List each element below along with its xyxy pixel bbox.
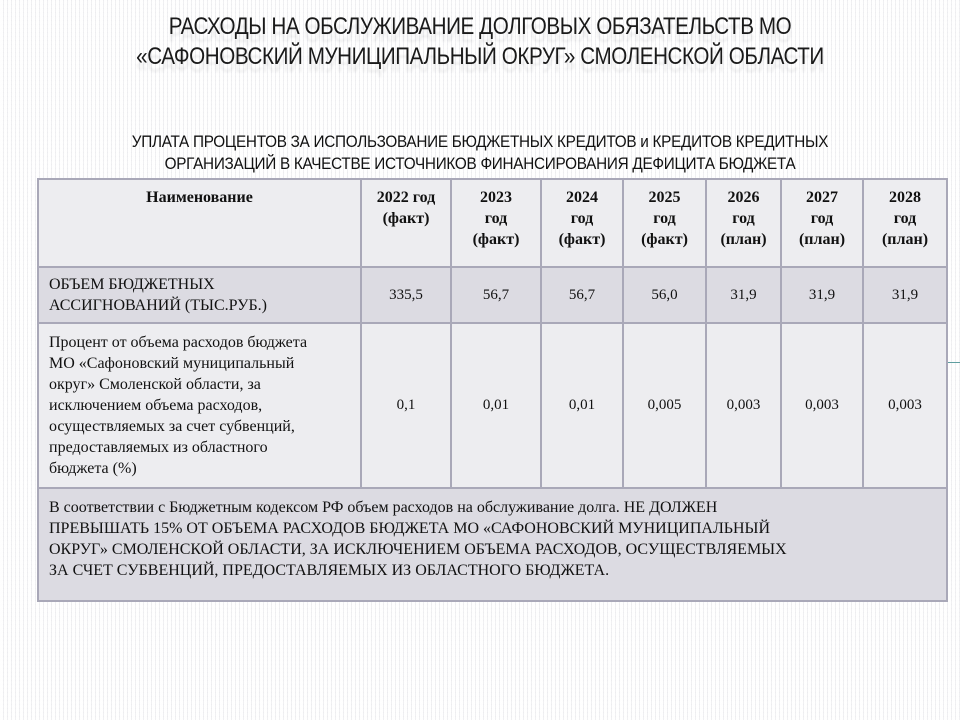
value-cell: 31,9: [706, 267, 781, 323]
row-label-line-2: МО «Сафоновский муниципальный: [49, 353, 354, 374]
column-header-line-2: год: [452, 208, 540, 229]
column-header-year: 2024год(факт): [541, 179, 623, 267]
row-label: Процент от объема расходов бюджетаМО «Са…: [38, 323, 361, 488]
row-label-line-4: исключением объема расходов,: [49, 395, 354, 416]
column-header-line-3: (факт): [452, 229, 540, 250]
column-header-line-1: 2024: [542, 187, 622, 208]
value-cell: 56,7: [541, 267, 623, 323]
column-header-year: 2027год(план): [781, 179, 863, 267]
row-label-line-2: АССИГНОВАНИЙ (ТЫС.РУБ.): [49, 295, 354, 316]
value-cell: 335,5: [361, 267, 451, 323]
column-header-line-2: год: [707, 208, 780, 229]
debt-service-table: Наименование2022 год(факт)2023год(факт)2…: [37, 178, 948, 602]
row-label-line-3: округ» Смоленской области, за: [49, 374, 354, 395]
column-header-line-3: (план): [707, 229, 780, 250]
value-cell: 31,9: [863, 267, 947, 323]
budget-code-note: В соответствии с Бюджетным кодексом РФ о…: [38, 488, 947, 601]
column-header-line-2: год: [624, 208, 705, 229]
column-header-line-1: 2027: [782, 187, 862, 208]
value-cell: 31,9: [781, 267, 863, 323]
table-row-appropriations: ОБЪЕМ БЮДЖЕТНЫХАССИГНОВАНИЙ (ТЫС.РУБ.)33…: [38, 267, 947, 323]
value-cell: 0,003: [863, 323, 947, 488]
slide-title-line-2: «САФОНОВСКИЙ МУНИЦИПАЛЬНЫЙ ОКРУГ» СМОЛЕН…: [67, 42, 893, 72]
column-header-line-3: (план): [782, 229, 862, 250]
value-cell: 56,0: [623, 267, 706, 323]
value-cell: 0,003: [706, 323, 781, 488]
column-header-line-3: (план): [864, 229, 946, 250]
row-label: ОБЪЕМ БЮДЖЕТНЫХАССИГНОВАНИЙ (ТЫС.РУБ.): [38, 267, 361, 323]
column-header-line-3: (факт): [624, 229, 705, 250]
column-header-line-2: год: [782, 208, 862, 229]
column-header-line-1: 2022 год: [362, 187, 450, 208]
value-cell: 0,01: [541, 323, 623, 488]
table-caption-line-2: ОРГАНИЗАЦИЙ В КАЧЕСТВЕ ИСТОЧНИКОВ ФИНАНС…: [48, 153, 912, 175]
note-line-3: ОКРУГ» СМОЛЕНСКОЙ ОБЛАСТИ, ЗА ИСКЛЮЧЕНИЕ…: [49, 539, 938, 560]
table-row-percent: Процент от объема расходов бюджетаМО «Са…: [38, 323, 947, 488]
column-header-line-3: (факт): [542, 229, 622, 250]
row-label-line-7: бюджета (%): [49, 458, 354, 479]
value-cell: 56,7: [451, 267, 541, 323]
value-cell: 0,003: [781, 323, 863, 488]
column-header-line-1: Наименование: [39, 187, 360, 208]
slide-title: РАСХОДЫ НА ОБСЛУЖИВАНИЕ ДОЛГОВЫХ ОБЯЗАТЕ…: [67, 12, 893, 72]
table-header-row: Наименование2022 год(факт)2023год(факт)2…: [38, 179, 947, 267]
row-label-line-1: ОБЪЕМ БЮДЖЕТНЫХ: [49, 274, 354, 295]
column-header-line-1: 2025: [624, 187, 705, 208]
column-header-name: Наименование: [38, 179, 361, 267]
row-label-line-5: осуществляемых за счет субвенций,: [49, 416, 354, 437]
column-header-line-2: (факт): [362, 208, 450, 229]
column-header-year: 2026год(план): [706, 179, 781, 267]
column-header-line-1: 2023: [452, 187, 540, 208]
value-cell: 0,005: [623, 323, 706, 488]
table-caption: УПЛАТА ПРОЦЕНТОВ ЗА ИСПОЛЬЗОВАНИЕ БЮДЖЕТ…: [48, 131, 912, 175]
table-note-row: В соответствии с Бюджетным кодексом РФ о…: [38, 488, 947, 601]
note-line-4: ЗА СЧЕТ СУБВЕНЦИЙ, ПРЕДОСТАВЛЯЕМЫХ ИЗ ОБ…: [49, 560, 938, 581]
column-header-year: 2025год(факт): [623, 179, 706, 267]
column-header-year: 2028год(план): [863, 179, 947, 267]
column-header-line-1: 2026: [707, 187, 780, 208]
column-header-line-2: год: [542, 208, 622, 229]
column-header-year: 2023год(факт): [451, 179, 541, 267]
table-caption-line-1: УПЛАТА ПРОЦЕНТОВ ЗА ИСПОЛЬЗОВАНИЕ БЮДЖЕТ…: [48, 131, 912, 153]
note-line-1: В соответствии с Бюджетным кодексом РФ о…: [49, 497, 938, 518]
value-cell: 0,01: [451, 323, 541, 488]
column-header-line-1: 2028: [864, 187, 946, 208]
row-label-line-6: предоставляемых из областного: [49, 437, 354, 458]
column-header-line-2: год: [864, 208, 946, 229]
note-line-2: ПРЕВЫШАТЬ 15% ОТ ОБЪЕМА РАСХОДОВ БЮДЖЕТА…: [49, 518, 938, 539]
slide-title-line-1: РАСХОДЫ НА ОБСЛУЖИВАНИЕ ДОЛГОВЫХ ОБЯЗАТЕ…: [67, 12, 893, 42]
value-cell: 0,1: [361, 323, 451, 488]
row-label-line-1: Процент от объема расходов бюджета: [49, 332, 354, 353]
column-header-year: 2022 год(факт): [361, 179, 451, 267]
